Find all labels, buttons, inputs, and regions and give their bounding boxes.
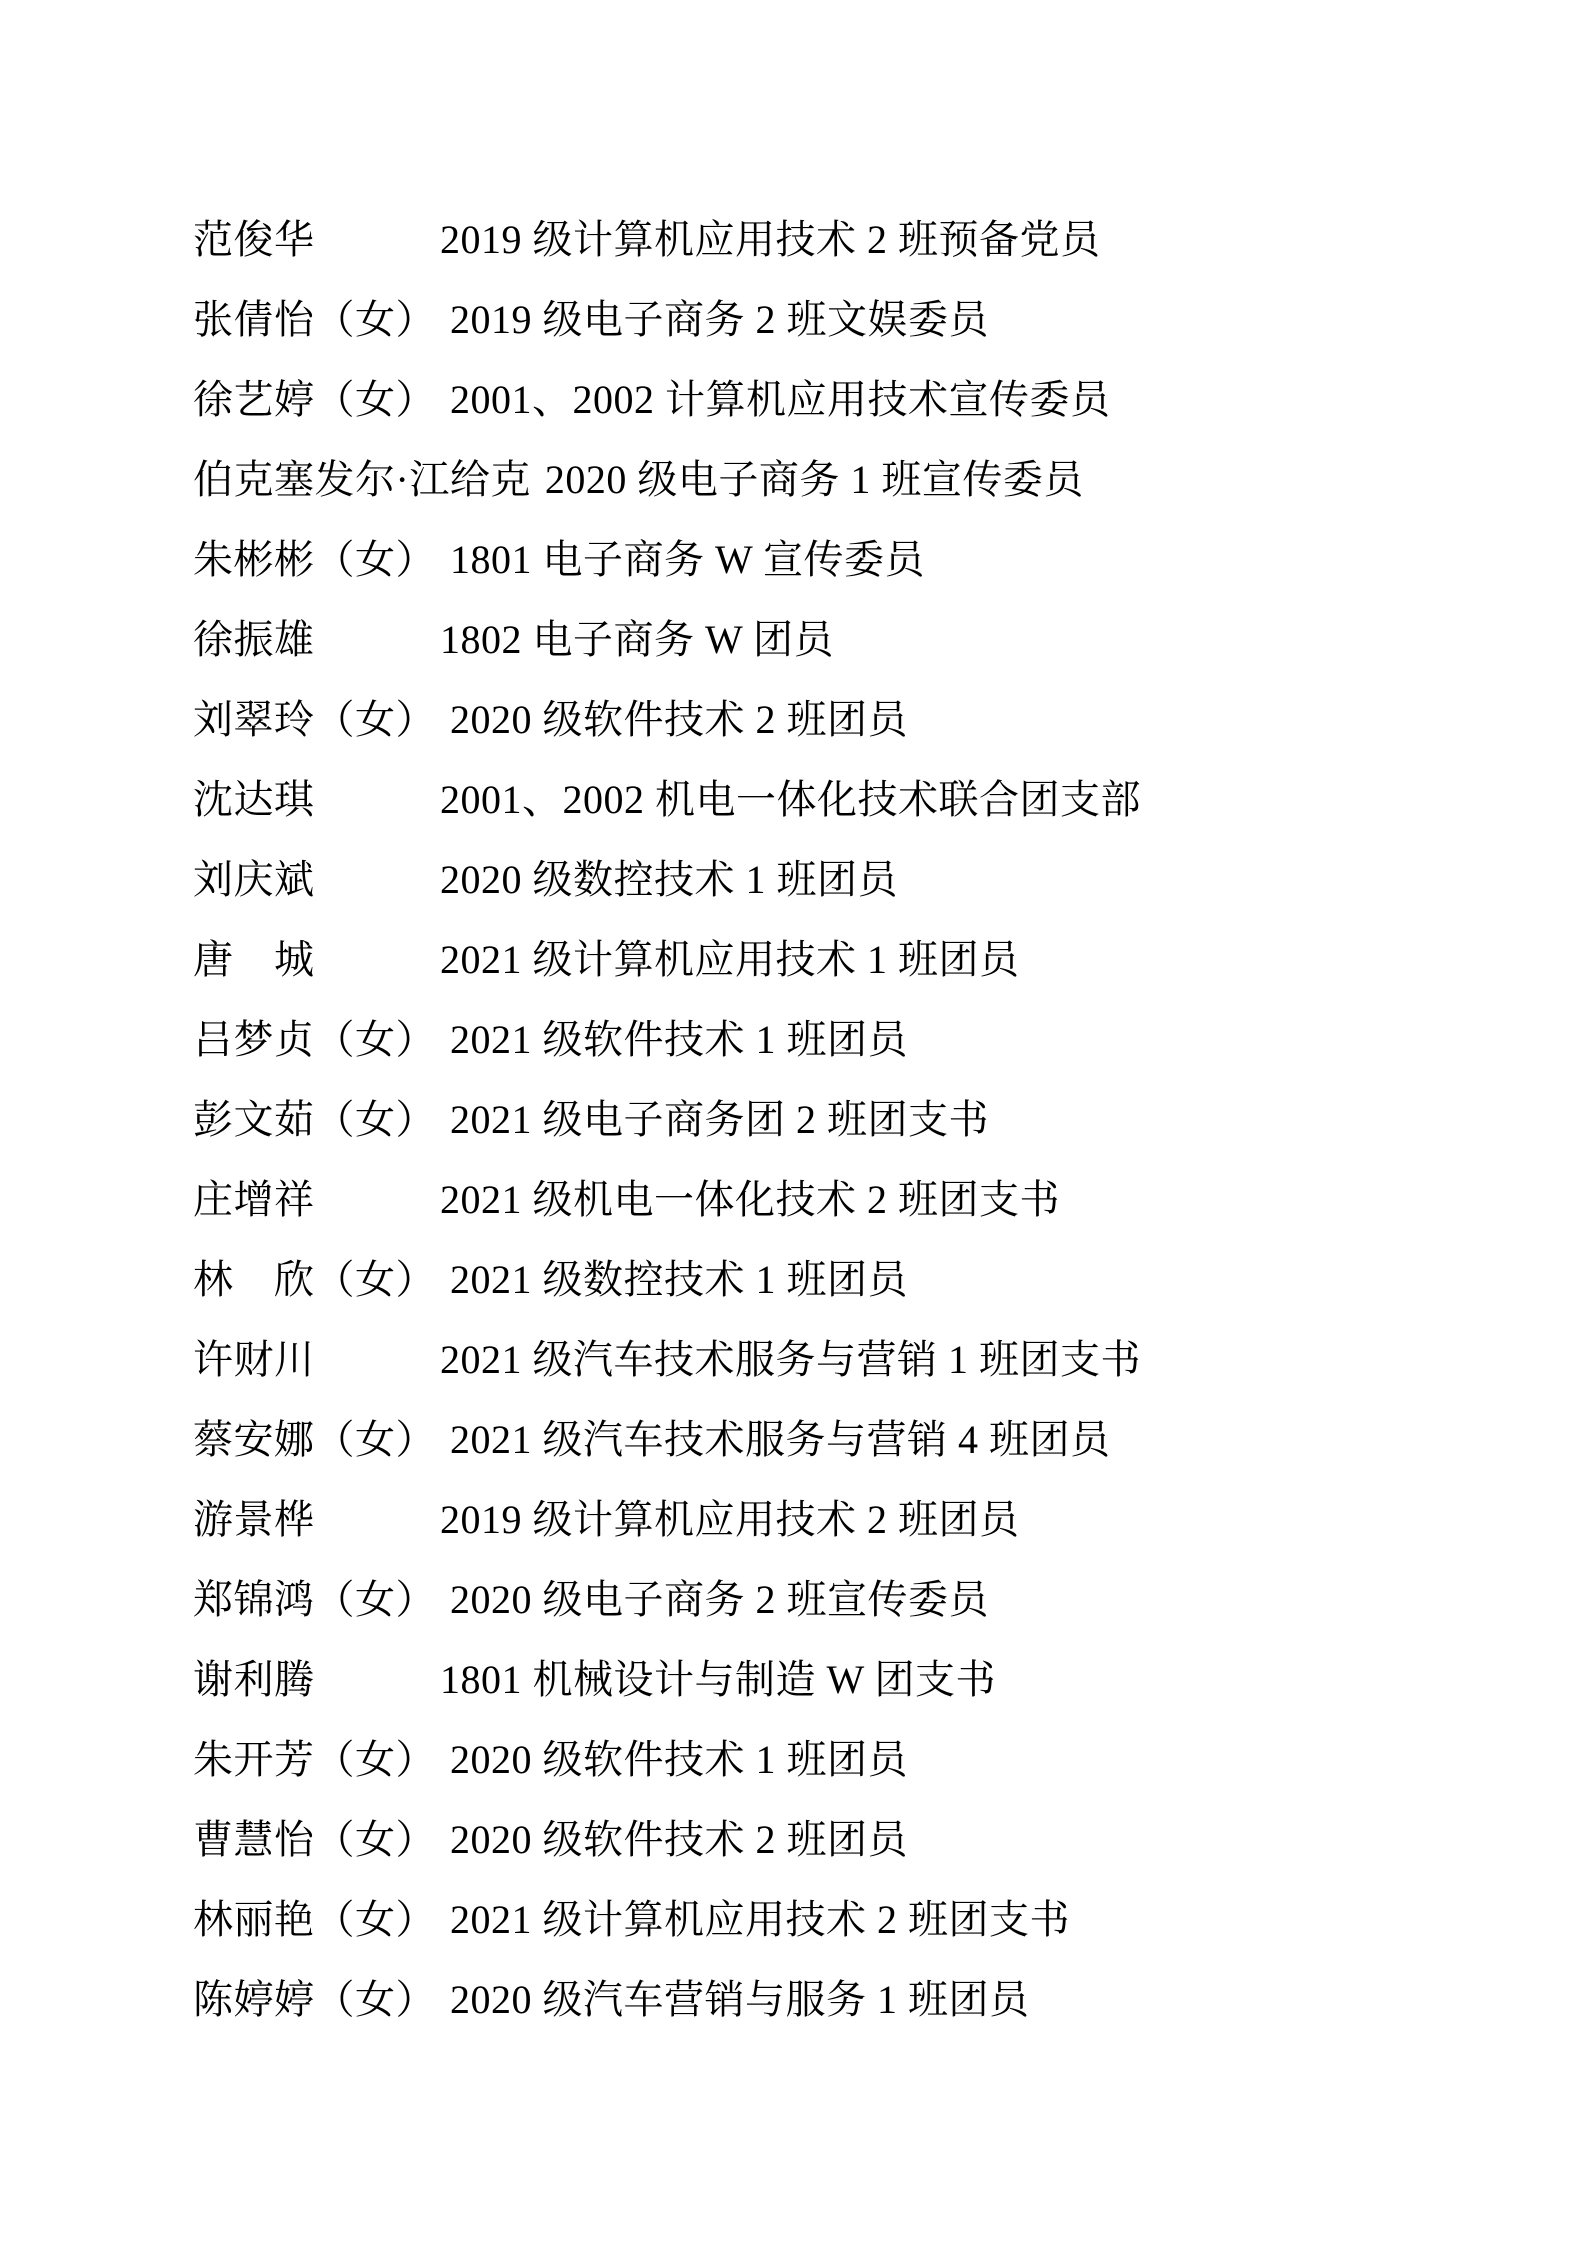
member-row: 徐振雄 1802 电子商务 W 团员 xyxy=(193,600,1527,680)
member-row: 游景桦 2019 级计算机应用技术 2 班团员 xyxy=(193,1480,1527,1560)
member-row: 沈达琪 2001、2002 机电一体化技术联合团支部 xyxy=(193,760,1527,840)
member-role: 1801 机械设计与制造 W 团支书 xyxy=(440,1640,996,1720)
member-name: 林丽艳（女） xyxy=(193,1880,436,1960)
member-role: 2019 级计算机应用技术 2 班预备党员 xyxy=(440,200,1101,280)
member-row: 林丽艳（女） 2021 级计算机应用技术 2 班团支书 xyxy=(193,1880,1527,1960)
member-row: 陈婷婷（女） 2020 级汽车营销与服务 1 班团员 xyxy=(193,1960,1527,2040)
member-row: 庄增祥 2021 级机电一体化技术 2 班团支书 xyxy=(193,1160,1527,1240)
member-row: 曹慧怡（女） 2020 级软件技术 2 班团员 xyxy=(193,1800,1527,1880)
member-name: 唐 城 xyxy=(193,920,426,1000)
member-role: 2020 级软件技术 2 班团员 xyxy=(450,680,908,760)
member-row: 彭文茹（女） 2021 级电子商务团 2 班团支书 xyxy=(193,1080,1527,1160)
member-role: 2020 级软件技术 2 班团员 xyxy=(450,1800,908,1880)
member-role: 2001、2002 计算机应用技术宣传委员 xyxy=(450,360,1111,440)
member-name: 刘庆斌 xyxy=(193,840,426,920)
member-role: 2021 级电子商务团 2 班团支书 xyxy=(450,1080,989,1160)
member-row: 刘庆斌 2020 级数控技术 1 班团员 xyxy=(193,840,1527,920)
member-name: 谢利腾 xyxy=(193,1640,426,1720)
member-role: 2021 级数控技术 1 班团员 xyxy=(450,1240,908,1320)
member-role: 2021 级汽车技术服务与营销 4 班团员 xyxy=(450,1400,1111,1480)
member-name: 陈婷婷（女） xyxy=(193,1960,436,2040)
member-role: 2021 级软件技术 1 班团员 xyxy=(450,1000,908,1080)
member-name: 蔡安娜（女） xyxy=(193,1400,436,1480)
member-role: 2001、2002 机电一体化技术联合团支部 xyxy=(440,760,1141,840)
member-name: 张倩怡（女） xyxy=(193,280,436,360)
member-row: 徐艺婷（女） 2001、2002 计算机应用技术宣传委员 xyxy=(193,360,1527,440)
member-row: 张倩怡（女） 2019 级电子商务 2 班文娱委员 xyxy=(193,280,1527,360)
member-row: 林 欣（女） 2021 级数控技术 1 班团员 xyxy=(193,1240,1527,1320)
member-role: 2021 级计算机应用技术 2 班团支书 xyxy=(450,1880,1070,1960)
member-role: 2019 级计算机应用技术 2 班团员 xyxy=(440,1480,1020,1560)
member-name: 彭文茹（女） xyxy=(193,1080,436,1160)
member-row: 谢利腾 1801 机械设计与制造 W 团支书 xyxy=(193,1640,1527,1720)
member-row: 郑锦鸿（女） 2020 级电子商务 2 班宣传委员 xyxy=(193,1560,1527,1640)
member-name: 游景桦 xyxy=(193,1480,426,1560)
member-name: 郑锦鸿（女） xyxy=(193,1560,436,1640)
member-name: 沈达琪 xyxy=(193,760,426,840)
member-row: 朱彬彬（女） 1801 电子商务 W 宣传委员 xyxy=(193,520,1527,600)
member-role: 2020 级软件技术 1 班团员 xyxy=(450,1720,908,1800)
member-name: 伯克塞发尔·江给克 xyxy=(193,440,531,520)
member-row: 刘翠玲（女） 2020 级软件技术 2 班团员 xyxy=(193,680,1527,760)
member-row: 唐 城 2021 级计算机应用技术 1 班团员 xyxy=(193,920,1527,1000)
member-name: 曹慧怡（女） xyxy=(193,1800,436,1880)
member-name: 徐振雄 xyxy=(193,600,426,680)
member-name: 朱开芳（女） xyxy=(193,1720,436,1800)
member-name: 徐艺婷（女） xyxy=(193,360,436,440)
member-role: 2021 级汽车技术服务与营销 1 班团支书 xyxy=(440,1320,1141,1400)
member-list: 范俊华 2019 级计算机应用技术 2 班预备党员 张倩怡（女） 2019 级电… xyxy=(193,200,1527,2040)
member-role: 2021 级计算机应用技术 1 班团员 xyxy=(440,920,1020,1000)
member-role: 1802 电子商务 W 团员 xyxy=(440,600,834,680)
member-name: 范俊华 xyxy=(193,200,426,280)
member-role: 2021 级机电一体化技术 2 班团支书 xyxy=(440,1160,1060,1240)
member-row: 许财川 2021 级汽车技术服务与营销 1 班团支书 xyxy=(193,1320,1527,1400)
member-role: 2020 级电子商务 1 班宣传委员 xyxy=(545,440,1084,520)
member-row: 吕梦贞（女） 2021 级软件技术 1 班团员 xyxy=(193,1000,1527,1080)
member-name: 许财川 xyxy=(193,1320,426,1400)
member-role: 2020 级汽车营销与服务 1 班团员 xyxy=(450,1960,1030,2040)
document-page: 范俊华 2019 级计算机应用技术 2 班预备党员 张倩怡（女） 2019 级电… xyxy=(0,0,1587,2245)
member-name: 朱彬彬（女） xyxy=(193,520,436,600)
member-row: 范俊华 2019 级计算机应用技术 2 班预备党员 xyxy=(193,200,1527,280)
member-name: 刘翠玲（女） xyxy=(193,680,436,760)
member-name: 庄增祥 xyxy=(193,1160,426,1240)
member-role: 2020 级电子商务 2 班宣传委员 xyxy=(450,1560,989,1640)
member-row: 蔡安娜（女） 2021 级汽车技术服务与营销 4 班团员 xyxy=(193,1400,1527,1480)
member-name: 吕梦贞（女） xyxy=(193,1000,436,1080)
member-row: 伯克塞发尔·江给克 2020 级电子商务 1 班宣传委员 xyxy=(193,440,1527,520)
member-row: 朱开芳（女） 2020 级软件技术 1 班团员 xyxy=(193,1720,1527,1800)
member-role: 1801 电子商务 W 宣传委员 xyxy=(450,520,925,600)
member-role: 2020 级数控技术 1 班团员 xyxy=(440,840,898,920)
member-role: 2019 级电子商务 2 班文娱委员 xyxy=(450,280,989,360)
member-name: 林 欣（女） xyxy=(193,1240,436,1320)
